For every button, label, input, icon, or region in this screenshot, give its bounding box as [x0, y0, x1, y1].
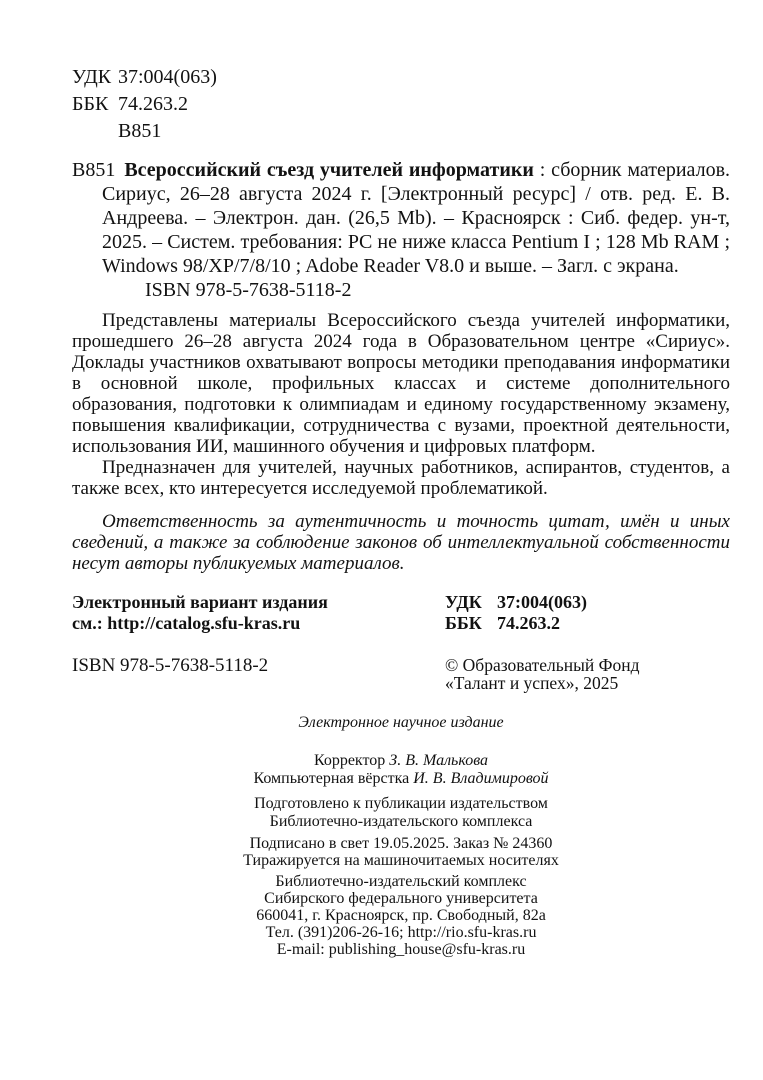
udk-line-bottom: УДК37:004(063) — [445, 592, 730, 613]
isbn-block: ISBN 978-5-7638-5118-2 — [72, 656, 445, 692]
bbk-value: 74.263.2 — [118, 93, 188, 115]
udk-value: 37:004(063) — [118, 66, 217, 88]
corrector-label: Корректор — [314, 752, 385, 769]
distribution-note: Тиражируется на машиночитаемых носителях — [72, 852, 730, 869]
edition-type: Электронное научное издание — [72, 714, 730, 732]
staff-credits: Корректор З. В. Малькова Компьютерная вё… — [72, 752, 730, 788]
layout-line: Компьютерная вёрстка И. В. Владимировой — [72, 770, 730, 788]
electronic-edition-line: Электронный вариант издания — [72, 592, 445, 613]
udk-line: УДК37:004(063) — [72, 64, 730, 91]
corrector-name: З. В. Малькова — [389, 752, 488, 769]
layout-name: И. В. Владимировой — [413, 770, 548, 787]
udk-label: УДК — [72, 64, 118, 91]
isbn-copyright-row: ISBN 978-5-7638-5118-2 © Образовательный… — [72, 656, 730, 692]
prepared-line-2: Библиотечно-издательского комплекса — [72, 813, 730, 831]
annotation-paragraph-2: Предназначен для учителей, научных работ… — [72, 457, 730, 499]
annotation-paragraph-1: Представлены материалы Всероссийского съ… — [72, 310, 730, 457]
author-sign: В851 — [118, 120, 161, 142]
bbk-line-bottom: ББК74.263.2 — [445, 613, 730, 634]
prepared-line-1: Подготовлено к публикации издательством — [72, 795, 730, 813]
bbk-value-bottom: 74.263.2 — [497, 613, 560, 633]
copyright-year: «Талант и успех», 2025 — [445, 674, 730, 692]
publisher-name-1: Библиотечно-издательский комплекс — [72, 873, 730, 890]
layout-label: Компьютерная вёрстка — [253, 770, 409, 787]
publisher-name-2: Сибирского федерального университета — [72, 890, 730, 907]
bbk-label: ББК — [72, 91, 118, 118]
print-order-block: Подписано в свет 19.05.2025. Заказ № 243… — [72, 835, 730, 869]
author-sign-line: В851 — [72, 118, 730, 145]
responsibility-disclaimer: Ответственность за аутентичность и точно… — [72, 511, 730, 574]
bbk-label-bottom: ББК — [445, 613, 497, 634]
colophon: Электронное научное издание Корректор З.… — [72, 714, 730, 958]
imprint-page: УДК37:004(063) ББК74.263.2 В851 В851Всер… — [0, 0, 763, 1080]
udk-value-bottom: 37:004(063) — [497, 592, 587, 612]
publisher-contact-block: Библиотечно-издательский комплекс Сибирс… — [72, 873, 730, 958]
page-content: УДК37:004(063) ББК74.263.2 В851 В851Всер… — [72, 64, 730, 958]
record-title: Всероссийский съезд учителей информатики — [124, 159, 534, 181]
bibliographic-record: В851Всероссийский съезд учителей информа… — [72, 158, 730, 278]
publisher-email: E-mail: publishing_house@sfu-kras.ru — [72, 941, 730, 958]
edition-info-row: Электронный вариант издания см.: http://… — [72, 592, 730, 634]
corrector-line: Корректор З. В. Малькова — [72, 752, 730, 770]
catalog-url: см.: http://catalog.sfu-kras.ru — [72, 613, 445, 634]
prepared-by-block: Подготовлено к публикации издательством … — [72, 795, 730, 831]
copyright-holder: © Образовательный Фонд — [445, 656, 730, 674]
copyright-block: © Образовательный Фонд «Талант и успех»,… — [445, 656, 730, 692]
publisher-phone-url: Тел. (391)206-26-16; http://rio.sfu-kras… — [72, 924, 730, 941]
classification-codes-bottom: УДК37:004(063) ББК74.263.2 — [445, 592, 730, 634]
isbn-bottom: ISBN 978-5-7638-5118-2 — [72, 656, 445, 676]
udk-label-bottom: УДК — [445, 592, 497, 613]
bbk-line: ББК74.263.2 — [72, 91, 730, 118]
record-isbn: ISBN 978-5-7638-5118-2 — [145, 278, 730, 302]
publisher-address: 660041, г. Красноярск, пр. Свободный, 82… — [72, 907, 730, 924]
electronic-edition-note: Электронный вариант издания см.: http://… — [72, 592, 445, 634]
record-code: В851 — [72, 159, 115, 181]
classification-codes: УДК37:004(063) ББК74.263.2 В851 — [72, 64, 730, 145]
signed-date-order: Подписано в свет 19.05.2025. Заказ № 243… — [72, 835, 730, 852]
